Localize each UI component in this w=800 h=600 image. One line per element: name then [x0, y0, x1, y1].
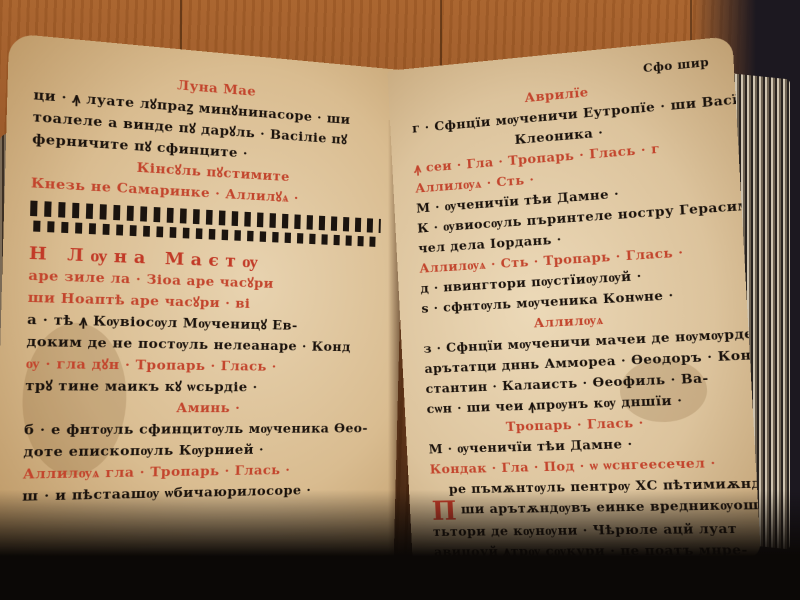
- dark-foreground: [0, 490, 800, 600]
- text-line: трꙋ тине маикъ кꙋ ѡсьрдіе ·: [25, 375, 377, 398]
- right-page: Сфо шир Аврилїе г · Сфнцїи мѹченичи Еутр…: [387, 36, 761, 560]
- rubric-line: Аминь ·: [24, 397, 376, 419]
- text-line: б · е фнтѹль сфинцитѹль мѹченика Ѳео-: [24, 418, 376, 441]
